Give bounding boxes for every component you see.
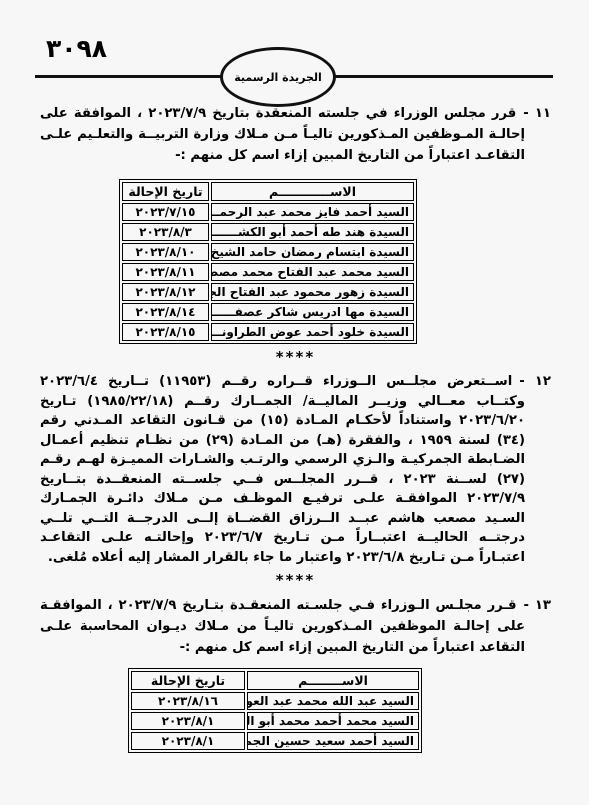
item-13-number: ١٣ - bbox=[524, 598, 551, 613]
referral-table-education: الاســــــــــــم تاريخ الإحالة السيد أح… bbox=[119, 179, 417, 344]
decree-item-11: ١١ -قرر مجلس الوزراء في جلسته المنعقدة ب… bbox=[40, 103, 551, 166]
table-row: السيد محمد أحمد محمد أبو الــــرب ٢٠٢٣/٨… bbox=[131, 712, 419, 730]
referral-table-audit-bureau: الاســــــــم تاريخ الإحالة السيد عبد ال… bbox=[128, 668, 422, 753]
table-row: السيدة ابتسام رمضان حامد الشيخ خليـــــل… bbox=[122, 243, 414, 261]
page-header: ٣٠٩٨ الجريدة الرسمية bbox=[0, 0, 589, 103]
date-column-header: تاريخ الإحالة bbox=[131, 671, 245, 690]
gazette-banner: الجريدة الرسمية bbox=[220, 47, 336, 107]
table-row: السيدة زهور محمود عبد الفتاح الجعبـــــه… bbox=[122, 283, 414, 301]
item-12-text: اســتعرض مجلــس الــوزراء قــراره رقــم … bbox=[40, 374, 525, 565]
table-row: السيدة هند طه أحمد أبو الكشـــــــــك ٢٠… bbox=[122, 223, 414, 241]
referral-date: ٢٠٢٣/٨/١٥ bbox=[122, 323, 209, 341]
gazette-page: ٣٠٩٨ الجريدة الرسمية ١١ -قرر مجلس الوزرا… bbox=[0, 0, 589, 805]
stars-separator: **** bbox=[40, 348, 551, 366]
table-row: السيد محمد عبد الفتاح محمد مصطفـــــى ٢٠… bbox=[122, 263, 414, 281]
table-row: السيد عبد الله محمد عبد العويضـات ٢٠٢٣/٨… bbox=[131, 692, 419, 710]
page-number: ٣٠٩٨ bbox=[46, 34, 107, 63]
page-content: ١١ -قرر مجلس الوزراء في جلسته المنعقدة ب… bbox=[0, 103, 589, 753]
referral-date: ٢٠٢٣/٨/٣ bbox=[122, 223, 209, 241]
decree-item-12: ١٢ -اســتعرض مجلــس الــوزراء قــراره رق… bbox=[40, 372, 551, 567]
referral-date: ٢٠٢٣/٧/١٥ bbox=[122, 203, 209, 221]
gazette-banner-label: الجريدة الرسمية bbox=[234, 71, 322, 84]
referral-date: ٢٠٢٣/٨/١٠ bbox=[122, 243, 209, 261]
item-11-number: ١١ - bbox=[523, 106, 551, 121]
item-11-text: قرر مجلس الوزراء في جلسته المنعقدة بتاري… bbox=[40, 106, 525, 163]
item-12-number: ١٢ - bbox=[519, 374, 551, 389]
name-column-header: الاســــــــــــم bbox=[211, 182, 414, 201]
referral-date: ٢٠٢٣/٨/١٦ bbox=[131, 692, 245, 710]
table-row: السيدة خلود أحمد عوض الطراونــــــــه ٢٠… bbox=[122, 323, 414, 341]
employee-name: السيدة زهور محمود عبد الفتاح الجعبـــــه bbox=[211, 283, 414, 301]
employee-name: السيد محمد عبد الفتاح محمد مصطفـــــى bbox=[211, 263, 414, 281]
date-column-header: تاريخ الإحالة bbox=[122, 182, 209, 201]
employee-name: السيد أحمد فايز محمد عبد الرحمــــــــن bbox=[211, 203, 414, 221]
employee-name: السيدة ابتسام رمضان حامد الشيخ خليـــــل bbox=[211, 243, 414, 261]
stars-separator: **** bbox=[40, 571, 551, 589]
employee-name: السيد أحمد سعيد حسين الجمــــــــل bbox=[247, 732, 419, 750]
referral-date: ٢٠٢٣/٨/١٢ bbox=[122, 283, 209, 301]
employee-name: السيد محمد أحمد محمد أبو الــــرب bbox=[247, 712, 419, 730]
employee-name: السيد عبد الله محمد عبد العويضـات bbox=[247, 692, 419, 710]
decree-item-13: ١٣ -قـرر مجلـس الـوزراء فـي جلسـته المنع… bbox=[40, 595, 551, 658]
table-row: السيد أحمد فايز محمد عبد الرحمــــــــن … bbox=[122, 203, 414, 221]
table-header-row: الاســــــــــــم تاريخ الإحالة bbox=[122, 182, 414, 201]
employee-name: السيدة خلود أحمد عوض الطراونــــــــه bbox=[211, 323, 414, 341]
employee-name: السيدة مها ادريس شاكر عصفــــــــــور bbox=[211, 303, 414, 321]
referral-date: ٢٠٢٣/٨/١١ bbox=[122, 263, 209, 281]
item-13-text: قـرر مجلـس الـوزراء فـي جلسـته المنعقـدة… bbox=[40, 598, 525, 655]
table-header-row: الاســــــــم تاريخ الإحالة bbox=[131, 671, 419, 690]
table-row: السيدة مها ادريس شاكر عصفــــــــــور ٢٠… bbox=[122, 303, 414, 321]
name-column-header: الاســــــــم bbox=[247, 671, 419, 690]
employee-name: السيدة هند طه أحمد أبو الكشـــــــــك bbox=[211, 223, 414, 241]
referral-date: ٢٠٢٣/٨/١ bbox=[131, 732, 245, 750]
referral-date: ٢٠٢٣/٨/١٤ bbox=[122, 303, 209, 321]
referral-date: ٢٠٢٣/٨/١ bbox=[131, 712, 245, 730]
table-row: السيد أحمد سعيد حسين الجمــــــــل ٢٠٢٣/… bbox=[131, 732, 419, 750]
